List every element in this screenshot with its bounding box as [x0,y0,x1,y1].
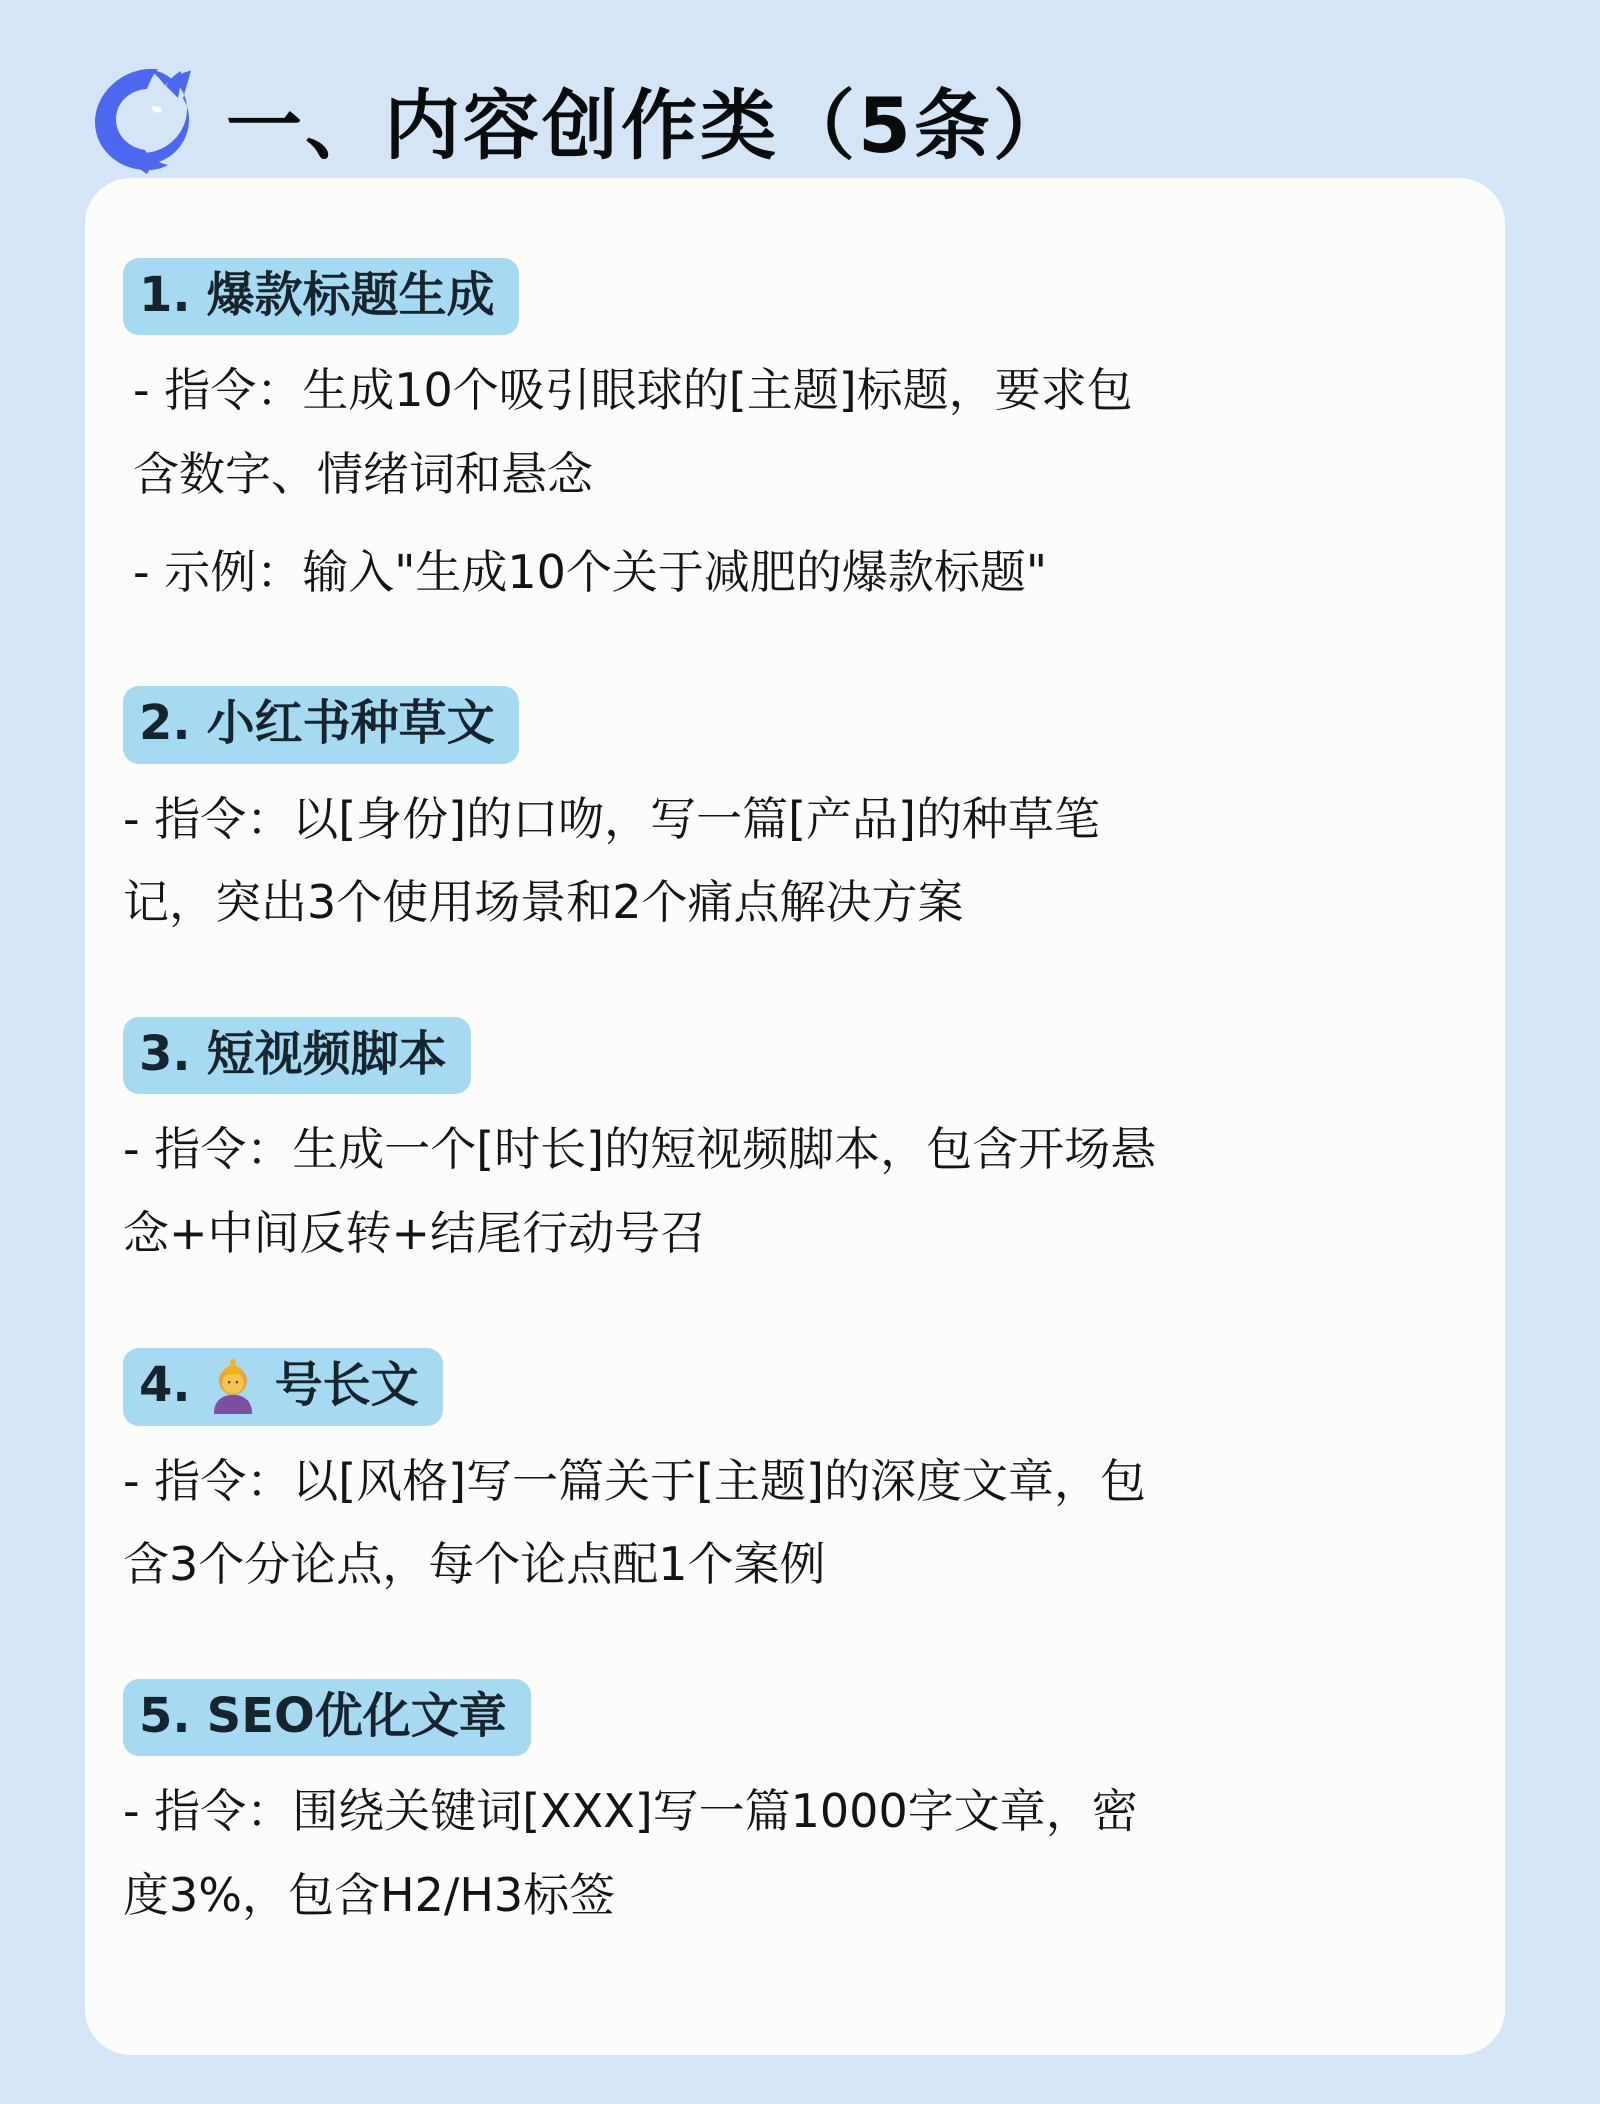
page-title: 一、内容创作类（5条） [226,65,1072,174]
person-with-crown-emoji-icon [207,1358,259,1414]
section-official-account-longform: 4. 号长文 - 指令：以[风格]写一篇关于[主题]的深度文章，包含3个分论点，… [123,1348,1457,1607]
section-hit-title-generator: 1. 爆款标题生成 - 指令：生成10个吸引眼球的[主题]标题，要求包含数字、情… [123,258,1457,614]
section-1-heading: 1. 爆款标题生成 [123,258,519,335]
section-short-video-script: 3. 短视频脚本 - 指令：生成一个[时长]的短视频脚本，包含开场悬念+中间反转… [123,1017,1457,1276]
section-1-example: - 示例：输入"生成10个关于减肥的爆款标题" [133,531,1168,615]
section-3-title: 短视频脚本 [207,1027,447,1082]
section-1-instruction: - 指令：生成10个吸引眼球的[主题]标题，要求包含数字、情绪词和悬念 [133,349,1168,516]
section-5-instruction: - 指令：围绕关键词[XXX]写一篇1000字文章，密度3%，包含H2/H3标签 [123,1770,1158,1937]
section-4-number: 4. [139,1358,191,1413]
section-5-number: 5. [139,1689,191,1744]
section-5-heading: 5. SEO优化文章 [123,1679,531,1756]
section-2-number: 2. [139,696,191,751]
section-3-instruction: - 指令：生成一个[时长]的短视频脚本，包含开场悬念+中间反转+结尾行动号召 [123,1108,1158,1275]
deepseek-whale-logo-icon [84,63,206,175]
section-1-title: 爆款标题生成 [207,268,495,323]
section-3-number: 3. [139,1027,191,1082]
section-seo-article: 5. SEO优化文章 - 指令：围绕关键词[XXX]写一篇1000字文章，密度3… [123,1679,1457,1938]
section-5-title: SEO优化文章 [207,1689,507,1744]
content-card: 1. 爆款标题生成 - 指令：生成10个吸引眼球的[主题]标题，要求包含数字、情… [85,178,1505,2055]
section-4-heading: 4. 号长文 [123,1348,443,1426]
section-4-instruction: - 指令：以[风格]写一篇关于[主题]的深度文章，包含3个分论点，每个论点配1个… [123,1440,1158,1607]
section-4-title: 号长文 [275,1358,419,1413]
section-2-title: 小红书种草文 [207,696,495,751]
section-2-instruction: - 指令：以[身份]的口吻，写一篇[产品]的种草笔记，突出3个使用场景和2个痛点… [123,778,1158,945]
section-2-heading: 2. 小红书种草文 [123,686,519,763]
section-1-number: 1. [139,268,191,323]
section-xiaohongshu-post: 2. 小红书种草文 - 指令：以[身份]的口吻，写一篇[产品]的种草笔记，突出3… [123,686,1457,945]
section-3-heading: 3. 短视频脚本 [123,1017,471,1094]
